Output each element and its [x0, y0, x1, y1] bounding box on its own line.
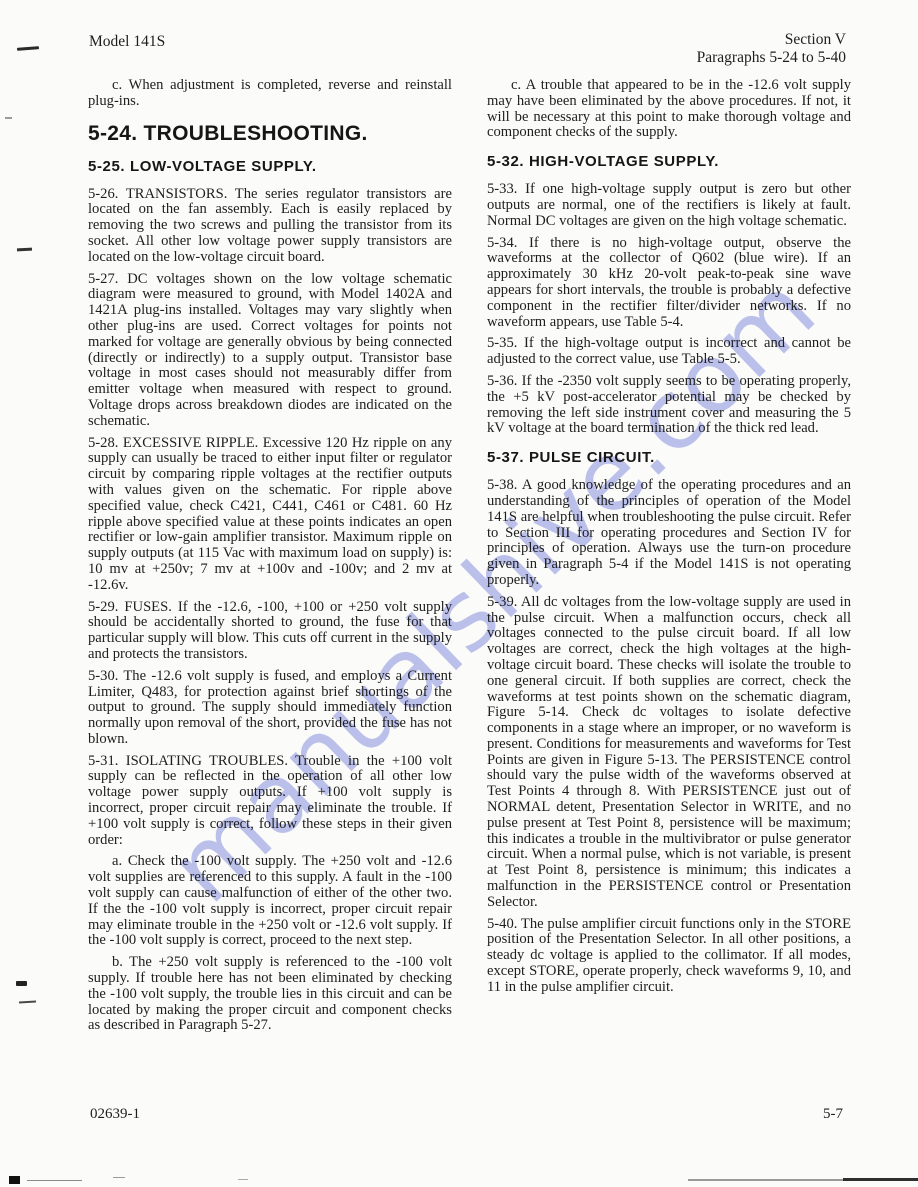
- subparagraph-c-left: c. When adjustment is completed, reverse…: [88, 78, 452, 110]
- scan-artifact: [27, 1180, 82, 1181]
- footer-doc-number: 02639-1: [90, 1106, 140, 1123]
- heading-5-37-pulse-circuit: 5-37. PULSE CIRCUIT.: [487, 449, 851, 466]
- scan-artifact: [19, 1001, 36, 1004]
- header-section-block: Section V Paragraphs 5-24 to 5-40: [697, 31, 846, 67]
- scan-artifact: [9, 1176, 20, 1184]
- subparagraph-b: b. The +250 volt supply is referenced to…: [88, 955, 452, 1034]
- paragraph-5-26: 5-26. TRANSISTORS. The series regulator …: [88, 187, 452, 266]
- heading-5-25-low-voltage-supply: 5-25. LOW-VOLTAGE SUPPLY.: [88, 158, 452, 175]
- scan-artifact: [16, 981, 27, 986]
- scan-artifact: [17, 46, 39, 51]
- heading-5-32-high-voltage-supply: 5-32. HIGH-VOLTAGE SUPPLY.: [487, 153, 851, 170]
- subparagraph-c-right: c. A trouble that appeared to be in the …: [487, 78, 851, 141]
- paragraph-5-33: 5-33. If one high-voltage supply output …: [487, 182, 851, 229]
- footer-page-number: 5-7: [823, 1106, 843, 1123]
- scan-artifact: [5, 117, 12, 119]
- paragraph-5-39: 5-39. All dc voltages from the low-volta…: [487, 595, 851, 911]
- manual-page: manualshive.com Model 141S Section V Par…: [0, 0, 918, 1187]
- paragraph-5-30: 5-30. The -12.6 volt supply is fused, an…: [88, 669, 452, 748]
- paragraph-5-40: 5-40. The pulse amplifier circuit functi…: [487, 917, 851, 996]
- paragraph-5-28: 5-28. EXCESSIVE RIPPLE. Excessive 120 Hz…: [88, 436, 452, 594]
- header-paragraph-range: Paragraphs 5-24 to 5-40: [697, 49, 846, 67]
- left-column: c. When adjustment is completed, reverse…: [88, 78, 452, 1040]
- paragraph-5-38: 5-38. A good knowledge of the operating …: [487, 478, 851, 589]
- subparagraph-a: a. Check the -100 volt supply. The +250 …: [88, 854, 452, 949]
- paragraph-5-36: 5-36. If the -2350 volt supply seems to …: [487, 374, 851, 437]
- header-section: Section V: [697, 31, 846, 49]
- scan-artifact: [17, 248, 32, 252]
- paragraph-5-27: 5-27. DC voltages shown on the low volta…: [88, 272, 452, 430]
- header-model: Model 141S: [89, 33, 165, 51]
- paragraph-5-34: 5-34. If there is no high-voltage output…: [487, 236, 851, 331]
- scan-artifact: [843, 1178, 918, 1181]
- scan-artifact: [113, 1177, 125, 1178]
- paragraph-5-29: 5-29. FUSES. If the -12.6, -100, +100 or…: [88, 600, 452, 663]
- right-column: c. A trouble that appeared to be in the …: [487, 78, 851, 1002]
- paragraph-5-31: 5-31. ISOLATING TROUBLES. Trouble in the…: [88, 754, 452, 849]
- heading-5-24-troubleshooting: 5-24. TROUBLESHOOTING.: [88, 122, 452, 146]
- scan-artifact: [238, 1179, 248, 1180]
- paragraph-5-35: 5-35. If the high-voltage output is inco…: [487, 336, 851, 368]
